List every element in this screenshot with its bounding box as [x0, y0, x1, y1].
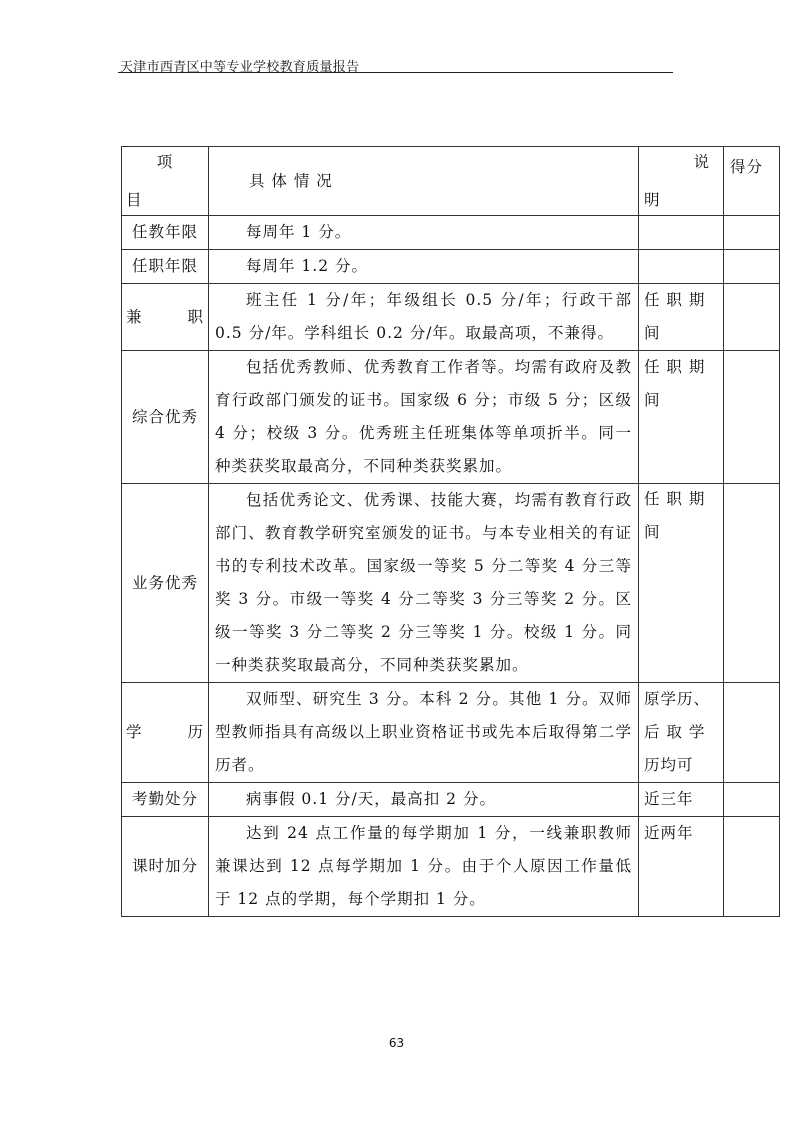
table-row: 兼职 班主任 1 分/年；年级组长 0.5 分/年；行政干部 0.5 分/年。学… — [122, 284, 780, 351]
table-row: 课时加分 达到 24 点工作量的每学期加 1 分，一线兼职教师兼课达到 12 点… — [122, 817, 780, 917]
table-header-row: 项 目 具 体 情 况 说 明 得分 — [122, 147, 780, 216]
row-item: 课时加分 — [122, 817, 209, 917]
row-item: 学历 — [122, 683, 209, 783]
row-score — [724, 284, 780, 351]
row-detail: 包括优秀论文、优秀课、技能大赛，均需有教育行政部门、教育教学研究室颁发的证书。与… — [209, 484, 639, 683]
row-item: 综合优秀 — [122, 351, 209, 484]
row-detail: 包括优秀教师、优秀教育工作者等。均需有政府及教育行政部门颁发的证书。国家级 6 … — [209, 351, 639, 484]
row-score — [724, 250, 780, 284]
table-row: 任职年限 每周年 1.2 分。 — [122, 250, 780, 284]
row-detail: 病事假 0.1 分/天，最高扣 2 分。 — [209, 783, 639, 817]
table-row: 考勤处分 病事假 0.1 分/天，最高扣 2 分。 近三年 — [122, 783, 780, 817]
row-score — [724, 683, 780, 783]
table-row: 学历 双师型、研究生 3 分。本科 2 分。其他 1 分。双师型教师指具有高级以… — [122, 683, 780, 783]
column-header-detail: 具 体 情 况 — [209, 147, 639, 216]
row-detail: 每周年 1 分。 — [209, 216, 639, 250]
scoring-table: 项 目 具 体 情 况 说 明 得分 任教年限 每周年 1 分。 任职年限 每周… — [121, 146, 780, 917]
row-score — [724, 783, 780, 817]
column-header-item: 项 目 — [122, 147, 209, 216]
row-note: 任 职 期间 — [639, 351, 724, 484]
row-item: 兼职 — [122, 284, 209, 351]
row-score — [724, 817, 780, 917]
row-score — [724, 351, 780, 484]
row-item: 考勤处分 — [122, 783, 209, 817]
row-note: 任 职 期间 — [639, 484, 724, 683]
row-score — [724, 216, 780, 250]
table-row: 综合优秀 包括优秀教师、优秀教育工作者等。均需有政府及教育行政部门颁发的证书。国… — [122, 351, 780, 484]
column-header-score: 得分 — [724, 147, 780, 216]
table-row: 任教年限 每周年 1 分。 — [122, 216, 780, 250]
row-item: 业务优秀 — [122, 484, 209, 683]
row-detail: 双师型、研究生 3 分。本科 2 分。其他 1 分。双师型教师指具有高级以上职业… — [209, 683, 639, 783]
row-note: 任 职 期间 — [639, 284, 724, 351]
page-number: 63 — [0, 1036, 793, 1050]
row-detail: 达到 24 点工作量的每学期加 1 分，一线兼职教师兼课达到 12 点每学期加 … — [209, 817, 639, 917]
row-item: 任教年限 — [122, 216, 209, 250]
row-note: 近三年 — [639, 783, 724, 817]
row-note — [639, 250, 724, 284]
row-item: 任职年限 — [122, 250, 209, 284]
row-detail: 每周年 1.2 分。 — [209, 250, 639, 284]
row-note: 近两年 — [639, 817, 724, 917]
row-detail: 班主任 1 分/年；年级组长 0.5 分/年；行政干部 0.5 分/年。学科组长… — [209, 284, 639, 351]
row-note — [639, 216, 724, 250]
row-note: 原学历、后 取 学历均可 — [639, 683, 724, 783]
table-row: 业务优秀 包括优秀论文、优秀课、技能大赛，均需有教育行政部门、教育教学研究室颁发… — [122, 484, 780, 683]
row-score — [724, 484, 780, 683]
header-divider — [118, 72, 673, 73]
column-header-note: 说 明 — [639, 147, 724, 216]
